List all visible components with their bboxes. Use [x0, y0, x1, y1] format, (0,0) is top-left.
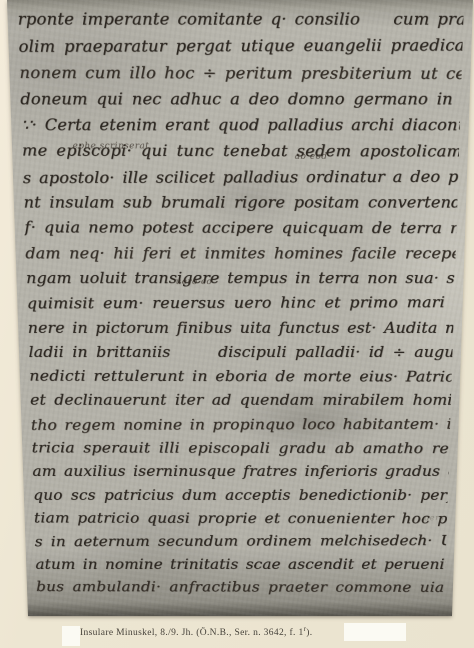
manuscript-line: ∵· Certa etenim erant quod palladius arc… [21, 112, 461, 138]
manuscript-line: dam neq· hii feri et inmites homines fac… [25, 241, 456, 266]
manuscript-photo: rponte imperante comitante q· consilio c… [7, 0, 473, 616]
manuscript-line: nt insulam sub brumali rigore positam co… [23, 190, 458, 215]
manuscript-line: olim praeparatur pergat utique euangelii… [18, 32, 463, 60]
manuscript-line: f· quia nemo potest accipere quicquam de… [24, 215, 457, 241]
manuscript-line: et declinauerunt iter ad quendam mirabil… [30, 388, 452, 412]
manuscript-text-block: rponte imperante comitante q· consilio c… [7, 0, 473, 616]
caption-suffix: ). [306, 628, 312, 638]
manuscript-line: quimisit eum· reuersus uero hinc et prim… [26, 290, 454, 316]
interlinear-gloss: ephe scripserat [73, 142, 150, 151]
plate-caption: Insulare Minuskel, 8./9. Jh. (Ö.N.B., Se… [80, 628, 313, 638]
marginal-gloss: uers [424, 514, 445, 522]
manuscript-line: atum in nomine trinitatis scae ascendit … [35, 553, 446, 576]
manuscript-line: ladii in brittaniis discipuli palladii· … [28, 340, 453, 364]
interlinear-gloss: uero eo [176, 278, 212, 287]
manuscript-line: doneum qui nec adhuc a deo domno germano… [20, 86, 461, 112]
interlinear-gloss: ab eod· [295, 152, 331, 161]
manuscript-line: bus ambulandi· anfractibus praeter commo… [36, 575, 445, 598]
manuscript-line: nedicti rettulerunt in eboria de morte e… [29, 364, 452, 389]
whiteout-patch [62, 626, 80, 646]
manuscript-line: ngam uoluit transigere tempus in terra n… [26, 266, 456, 291]
manuscript-line: nere in pictorum finibus uita functus es… [27, 315, 453, 340]
manuscript-line: nonem cum illo hoc ÷ peritum presbiteriu… [19, 59, 462, 86]
caption-text: Insulare Minuskel, 8./9. Jh. (Ö.N.B., Se… [80, 628, 304, 638]
manuscript-line: rponte imperante comitante q· consilio c… [17, 6, 464, 33]
manuscript-line: s in aeternum secundum ordinem melchised… [34, 529, 446, 553]
manuscript-line: quo scs patricius dum acceptis benedicti… [33, 483, 448, 506]
manuscript-line: tricia sperauit illi episcopali gradu ab… [31, 436, 449, 460]
book-page: rponte imperante comitante q· consilio c… [0, 0, 474, 648]
manuscript-line: am auxilius iserninusque fratres inferio… [32, 460, 449, 483]
manuscript-line: tiam patricio quasi proprie et conuenien… [34, 506, 448, 530]
whiteout-patch [344, 623, 406, 641]
manuscript-line: tho regem nomine in propinquo loco habit… [30, 412, 450, 437]
manuscript-line: s apostolo· ille scilicet palladius ordi… [22, 164, 458, 191]
